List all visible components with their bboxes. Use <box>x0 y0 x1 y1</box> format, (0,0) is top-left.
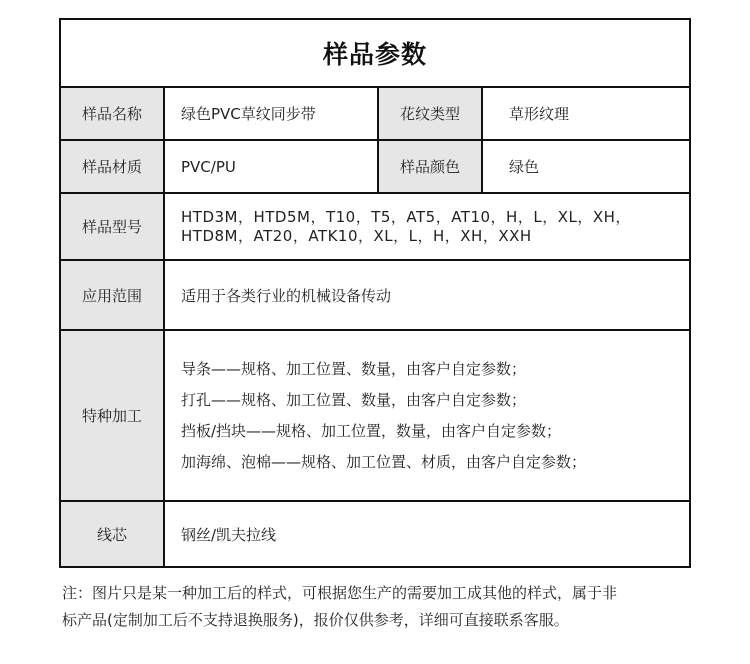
value-pattern-type: 草形纹理 <box>483 88 689 139</box>
row-name-pattern: 样品名称 绿色PVC草纹同步带 花纹类型 草形纹理 <box>61 88 689 141</box>
footnote: 注：图片只是某一种加工后的样式，可根据您生产的需要加工成其他的样式，属于非 标产… <box>62 580 692 634</box>
row-material-color: 样品材质 PVC/PU 样品颜色 绿色 <box>61 141 689 194</box>
value-application: 适用于各类行业的机械设备传动 <box>165 261 689 329</box>
row-processing: 特种加工 导条——规格、加工位置、数量，由客户自定参数； 打孔——规格、加工位置… <box>61 331 689 502</box>
model-line: HTD8M，AT20，ATK10，XL，L，H，XH，XXH <box>181 227 532 246</box>
value-sample-color: 绿色 <box>483 141 689 192</box>
footnote-line: 标产品(定制加工后不支持退换服务)，报价仅供参考，详细可直接联系客服。 <box>62 607 692 634</box>
label-sample-model: 样品型号 <box>61 194 165 259</box>
label-application: 应用范围 <box>61 261 165 329</box>
label-sample-color: 样品颜色 <box>379 141 483 192</box>
processing-line: 加海绵、泡棉——规格、加工位置、材质，由客户自定参数； <box>181 447 586 478</box>
row-model: 样品型号 HTD3M，HTD5M，T10，T5，AT5，AT10，H，L，XL，… <box>61 194 689 261</box>
label-sample-material: 样品材质 <box>61 141 165 192</box>
label-pattern-type: 花纹类型 <box>379 88 483 139</box>
label-special-processing: 特种加工 <box>61 331 165 500</box>
processing-line: 导条——规格、加工位置、数量，由客户自定参数； <box>181 354 526 385</box>
value-sample-model: HTD3M，HTD5M，T10，T5，AT5，AT10，H，L，XL，XH， H… <box>165 194 689 259</box>
value-sample-name: 绿色PVC草纹同步带 <box>165 88 379 139</box>
model-line: HTD3M，HTD5M，T10，T5，AT5，AT10，H，L，XL，XH， <box>181 208 631 227</box>
value-core: 钢丝/凯夫拉线 <box>165 502 689 566</box>
row-core: 线芯 钢丝/凯夫拉线 <box>61 502 689 566</box>
label-core: 线芯 <box>61 502 165 566</box>
value-sample-material: PVC/PU <box>165 141 379 192</box>
row-application: 应用范围 适用于各类行业的机械设备传动 <box>61 261 689 331</box>
sample-parameters-table: 样品参数 样品名称 绿色PVC草纹同步带 花纹类型 草形纹理 样品材质 PVC/… <box>59 18 691 568</box>
table-title: 样品参数 <box>61 20 689 88</box>
processing-line: 挡板/挡块——规格、加工位置，数量，由客户自定参数； <box>181 416 561 447</box>
processing-line: 打孔——规格、加工位置、数量，由客户自定参数； <box>181 385 526 416</box>
footnote-line: 注：图片只是某一种加工后的样式，可根据您生产的需要加工成其他的样式，属于非 <box>62 580 692 607</box>
label-sample-name: 样品名称 <box>61 88 165 139</box>
value-special-processing: 导条——规格、加工位置、数量，由客户自定参数； 打孔——规格、加工位置、数量，由… <box>165 331 689 500</box>
